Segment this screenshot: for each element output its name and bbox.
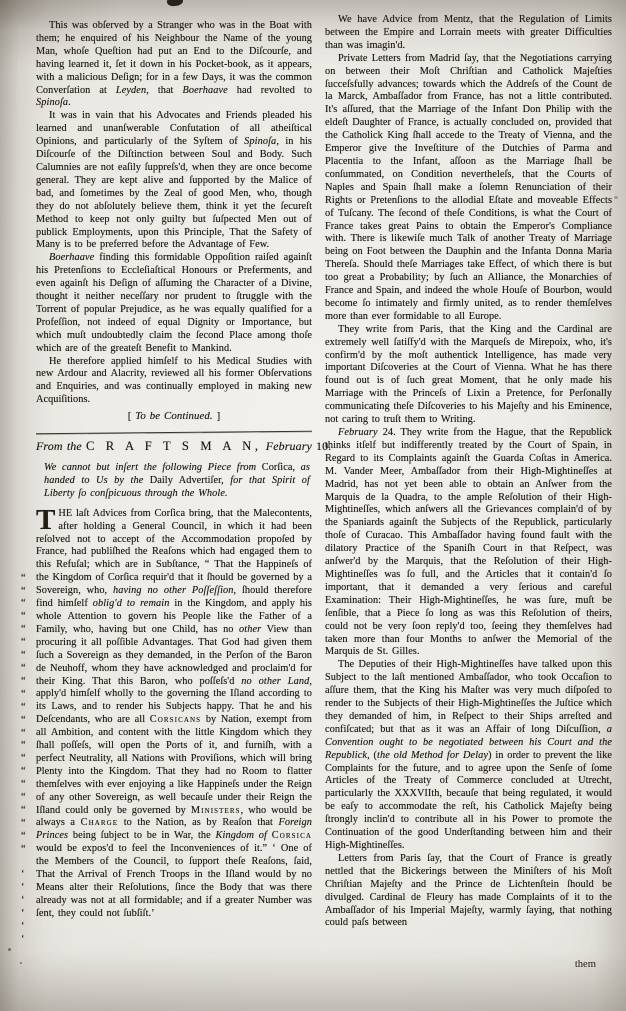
- craftsman-title: C R A F T S M A N,: [86, 439, 262, 453]
- paper-speck: [614, 196, 618, 199]
- corsica-paragraph: THE laſt Advices from Corſica bring, tha…: [36, 508, 312, 921]
- left-column: This was obſerved by a Stranger who was …: [36, 14, 312, 930]
- paper-speck: [20, 962, 22, 964]
- news-paragraph: The Deputies of their High-Mightineſſes …: [325, 659, 612, 853]
- article-paragraph: This was obſerved by a Stranger who was …: [36, 20, 312, 110]
- news-paragraph: They write from Paris, that the King and…: [325, 324, 612, 427]
- ink-smudge: [167, 0, 184, 7]
- corsica-article: “ “ “ “ “ “ “ “ “ “ “ “ “ “ “ “ “ “ “ “ …: [36, 508, 312, 921]
- to-be-continued-note: [ To be Continued. ]: [36, 410, 312, 423]
- catchword: them: [575, 959, 596, 970]
- news-paragraph: February 24. They write from the Hague, …: [325, 427, 612, 659]
- two-column-layout: This was obſerved by a Stranger who was …: [36, 14, 612, 930]
- news-paragraph: Letters from Paris ſay, that the Court o…: [325, 853, 612, 930]
- news-paragraph: Private Letters from Madrid ſay, that th…: [325, 53, 612, 324]
- paper-speck: [8, 948, 11, 951]
- editor-intro-italic: We cannot but inſert the following Piece…: [36, 462, 312, 501]
- article-paragraph: He therefore applied himſelf to his Medi…: [36, 356, 312, 408]
- newspaper-page: This was obſerved by a Stranger who was …: [0, 0, 626, 1011]
- heading-date: February: [266, 439, 312, 453]
- section-divider-rule: [36, 431, 312, 434]
- drop-cap: T: [36, 508, 58, 532]
- double-quote-column: “ “ “ “ “ “ “ “ “ “ “ “ “ “ “ “ “ “ “ “ …: [21, 573, 34, 857]
- right-column: We have Advice from Mentz, that the Regu…: [325, 14, 612, 930]
- margin-quotation-marks: “ “ “ “ “ “ “ “ “ “ “ “ “ “ “ “ “ “ “ “ …: [21, 560, 34, 960]
- news-paragraph: We have Advice from Mentz, that the Regu…: [325, 14, 612, 53]
- craftsman-section-heading: From the C R A F T S M A N, February 10.: [36, 440, 312, 453]
- article-paragraph: It was in vain that his Advocates and Fr…: [36, 110, 312, 252]
- article-paragraph: Boerhaave finding this formidable Oppoſi…: [36, 252, 312, 355]
- heading-prefix: From the: [36, 439, 82, 453]
- single-quote-column: ‘ ‘ ‘ ‘ ‘ ‘: [21, 869, 34, 946]
